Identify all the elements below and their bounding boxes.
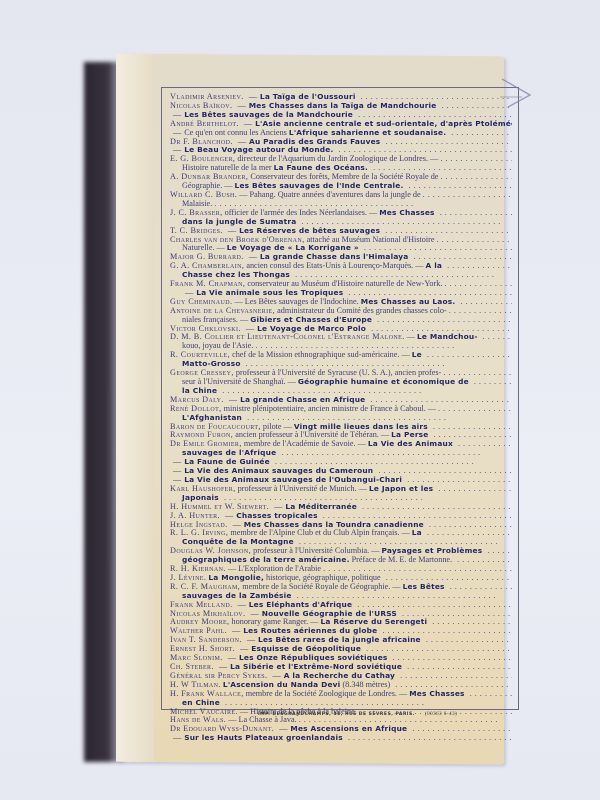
catalog-entry: Ivan T. Sanderson. —Les Bêtes rares de l… <box>170 636 512 645</box>
catalog-entry: R. H. Kiernan. — L'Exploration de l'Arab… <box>170 565 512 574</box>
entry-title: La Réserve du Serengeti <box>320 618 427 626</box>
dash: — <box>238 601 246 609</box>
entry-author: Général sir Percy Sykes. <box>170 672 267 680</box>
entry-author: Antoine de la Chevasnerie, <box>170 307 275 315</box>
leader-dots: ........................................ <box>449 307 512 315</box>
entry-title: L'Ascension du Nanda Devi <box>223 681 341 689</box>
catalog-entry: Dr F. Blanchod. —Au Paradis des Grands F… <box>170 138 512 147</box>
catalog-entry: seur à l'Université de Shanghaï. — Géogr… <box>170 378 512 387</box>
catalog-entry: H. W Tilman. L'Ascension du Nanda Devi (… <box>170 681 512 690</box>
entry-author: Karl Haushofer, <box>170 485 236 493</box>
leader-dots: ........................................ <box>423 191 512 199</box>
entry-author: H. Frank Wallace, <box>170 690 244 698</box>
leader-dots: ........................................ <box>404 182 513 190</box>
leader-dots: ........................................ <box>445 583 512 591</box>
entry-title: Mes Chasses <box>379 209 434 217</box>
entry-title: La Vie des Animaux <box>368 440 453 448</box>
entry-title: Sur les Hauts Plateaux groenlandais <box>184 734 343 742</box>
entry-author: Raymond Furon, <box>170 431 233 439</box>
leader-dots: ........................................ <box>353 111 512 119</box>
catalog-entry: Matto-Grosso ...........................… <box>170 360 512 369</box>
leader-dots: ........................................ <box>455 298 512 306</box>
catalog-entry: Walther Pahl. —Les Routes aériennes du g… <box>170 627 512 636</box>
entry-author: E. G. Boulenger, <box>170 155 235 163</box>
entry-title: Le Voyage de Marco Polo <box>257 325 366 333</box>
catalog-entry: dans la jungle de Sumatra ..............… <box>170 218 512 227</box>
catalog-entry: Dr Edouard Wyss-Dunant. —Mes Ascensions … <box>170 725 512 734</box>
catalog-entry: kouo, joyau de l'Asie. .................… <box>170 342 512 351</box>
leader-dots: ........................................ <box>388 654 512 662</box>
catalog-entry: Géographie. — Les Bêtes sauvages de l'In… <box>170 182 512 191</box>
leader-dots: ........................................ <box>478 333 512 341</box>
entry-title: La Vie des Animaux sauvages de l'Oubangu… <box>184 476 402 484</box>
leader-dots: ........................................ <box>219 494 426 502</box>
entry-note: (8.348 mètres) <box>342 681 390 689</box>
entry-note: Conservateur des forêts, Membre de la So… <box>250 173 438 181</box>
catalog-entry: —Les Bêtes sauvages de la Mandchourie ..… <box>170 111 512 120</box>
entry-title: A la Recherche du Cathay <box>284 672 395 680</box>
entry-author: Charles van den Broek d'Obrenan, <box>170 236 305 244</box>
entry-note: professeur à l'Université Columbia. — <box>253 547 379 555</box>
leader-dots: ........................................ <box>366 325 512 333</box>
catalog-entry: D. M. B. Collier et Lieutenant-Colonel l… <box>170 333 512 342</box>
entry-note: Géographie. — <box>182 182 232 190</box>
entry-title: Le Japon et les <box>369 485 433 493</box>
catalog-entry: —Le Beau Voyage autour du Monde. .......… <box>170 146 512 155</box>
entry-title: A la <box>426 262 443 270</box>
catalog-entry: Major G. Burrard. —La grande Chasse dans… <box>170 253 512 262</box>
dash: — <box>233 521 241 529</box>
catalog-entry: J. C. Brasser, officier de l'armée des I… <box>170 209 512 218</box>
entry-author: Hans de Wals. <box>170 716 226 724</box>
leader-dots: ........................................ <box>395 672 512 680</box>
entry-note: Histoire naturelle de la mer <box>182 164 272 172</box>
catalog-entry: —La Faune de Guinée ....................… <box>170 458 512 467</box>
entry-title: Mes Chasses dans la Toundra canadienne <box>244 521 424 529</box>
leader-dots: ........................................ <box>422 529 512 537</box>
entry-title: Le <box>412 351 422 359</box>
catalog-entry: Japonais ...............................… <box>170 494 512 503</box>
dash: — <box>251 610 259 618</box>
catalog-entry: R. L. G. Irving, membre de l'Alpine Club… <box>170 529 512 538</box>
entry-author: Ivan T. Sanderson. <box>170 636 242 644</box>
entry-note: administrateur du Comité des grandes cha… <box>277 307 447 315</box>
entry-author: H. W Tilman. <box>170 681 221 689</box>
dash: — <box>229 396 237 404</box>
entry-author: André Berthelot. <box>170 120 239 128</box>
catalog-entry: —La Vie des Animaux sauvages du Cameroun… <box>170 467 512 476</box>
catalog-entry: E. G. Boulenger, directeur de l'Aquarium… <box>170 155 512 164</box>
catalog-entry: Marc Slonim. —Les Onze Républiques sovié… <box>170 654 512 663</box>
catalog-entry: Malaisie. ..............................… <box>170 200 512 209</box>
entry-note: membre de la Société Royale de Géographi… <box>242 583 400 591</box>
entry-note: honorary game Ranger. — <box>232 618 319 626</box>
entry-title: géographiques de la terre américaine. <box>182 556 350 564</box>
entry-title: sauvages de l'Afrique <box>182 449 276 457</box>
leader-dots: ........................................ <box>242 414 449 422</box>
entry-title: Les Éléphants d'Afrique <box>249 601 352 609</box>
entry-author: R. C. F. Maugham, <box>170 583 240 591</box>
entry-title: La Perse <box>391 431 428 439</box>
entry-author: J. Lévine. <box>170 574 206 582</box>
entry-title: Japonais <box>182 494 219 502</box>
catalog-entry: R. C. F. Maugham, membre de la Société R… <box>170 583 512 592</box>
catalog-entry: R. Courteville, chef de la Mission ethno… <box>170 351 512 360</box>
entry-author: A. Dunbar Brander, <box>170 173 248 181</box>
dash: — <box>228 654 236 662</box>
leader-dots: ........................................ <box>359 244 512 252</box>
entry-title: Matto-Grosso <box>182 360 241 368</box>
entry-author: Michel Vaucaire. <box>170 708 238 716</box>
leader-dots: ........................................ <box>214 200 416 208</box>
entry-note: attaché au Muséum National d'Histoire <box>307 236 435 244</box>
catalog-entry: —Ce qu'en ont connu les Anciens L'Afriqu… <box>170 129 512 138</box>
leader-dots: ........................................ <box>446 129 512 137</box>
entry-author: Vladimir Arseniev. <box>170 93 244 101</box>
catalog-entry: Ch. Steber. —La Sibérie et l'Extrême-Nor… <box>170 663 512 672</box>
catalog-entry: Guy Cheminaud. — Les Bêtes sauvages de l… <box>170 298 512 307</box>
leader-dots: ........................................ <box>343 289 512 297</box>
catalog-entry: Général sir Percy Sykes. —A la Recherche… <box>170 672 512 681</box>
leader-dots: ........................................ <box>440 155 512 163</box>
entry-note: professeur à l'Université de Syracuse (U… <box>236 369 441 377</box>
dash: — <box>225 512 233 520</box>
dash: — <box>219 663 227 671</box>
entry-author: R. L. G. Irving, <box>170 529 228 537</box>
entry-note: kouo, joyau de l'Asie. <box>182 342 253 350</box>
leader-dots: ........................................ <box>402 476 512 484</box>
entry-author: Dr Emile Gromier, <box>170 440 242 448</box>
catalog-entry: Ernest H. Short. —Esquisse de Géopolitiq… <box>170 645 512 654</box>
entry-author: Dr Edouard Wyss-Dunant. <box>170 725 274 733</box>
entry-title: La <box>412 529 422 537</box>
leader-dots: ........................................ <box>465 690 512 698</box>
entry-author: Walther Pahl. <box>170 627 227 635</box>
printer-imprint: IMP. DESGRANDCHAMPS, 11, RUE DE SÈVRES, … <box>258 712 478 717</box>
entry-note: seur à l'Université de Shanghaï. — <box>182 378 296 386</box>
entry-note: — La Chasse à Java. <box>228 716 296 724</box>
catalog-entry: Dr Emile Gromier, membre de l'Académie d… <box>170 440 512 449</box>
catalog-entry: Victor Chklovski. —Le Voyage de Marco Po… <box>170 325 512 334</box>
leader-dots: ........................................ <box>299 716 501 724</box>
entry-title: L'Afghanistan <box>182 414 242 422</box>
dash: — <box>246 325 254 333</box>
leader-dots: ........................................ <box>397 610 512 618</box>
catalog-entry: niales françaises. — Gibiers et Chasses … <box>170 316 512 325</box>
catalog-entry: —La Vie animale sous les Tropiques .....… <box>170 289 512 298</box>
catalog-entry: René Dollot, ministre plénipotentiaire, … <box>170 405 512 414</box>
leader-dots: ........................................ <box>433 485 512 493</box>
entry-author: D. M. B. Collier et Lieutenant-Colonel l… <box>170 333 405 341</box>
dash: — <box>173 476 181 484</box>
leader-dots: ........................................ <box>437 236 512 244</box>
leader-dots: ........................................ <box>290 271 497 279</box>
entry-title: en Chine <box>182 699 220 707</box>
leader-dots: ........................................ <box>427 618 512 626</box>
printer-name: IMP. DESGRANDCHAMPS, 11, RUE DE SÈVRES, … <box>258 712 415 717</box>
catalog-entry: H. Hummel et W. Siewert. —La Méditerrané… <box>170 503 512 512</box>
entry-author: Willard C. Bush. <box>170 191 237 199</box>
entry-title: Les Réserves de bêtes sauvages <box>239 227 380 235</box>
entry-title: Mes Chasses <box>409 690 464 698</box>
entry-title: la Chine <box>182 387 217 395</box>
entry-title: La Faune des Océans. <box>274 164 368 172</box>
entry-note: membre de l'Académie de Savoie. — <box>244 440 366 448</box>
leader-dots: ........................................ <box>292 592 499 600</box>
entry-title: Gibiers et Chasses d'Europe <box>250 316 372 324</box>
entry-title: Mes Chasses dans la Taïga de Mandchourie <box>249 102 437 110</box>
leader-dots: ........................................ <box>435 209 512 217</box>
leader-dots: ........................................ <box>452 556 512 564</box>
entry-title: Esquisse de Géopolitique <box>251 645 361 653</box>
entry-note: — Pahang. Quatre années d'aventures dans… <box>239 191 420 199</box>
leader-dots: ........................................ <box>443 369 512 377</box>
catalog-entry: Naturelle. — Le Voyage de « La Korrigane… <box>170 244 512 253</box>
dash: — <box>249 253 257 261</box>
entry-note: Préface de M. E. de Martonne. <box>352 556 453 564</box>
leader-dots: ........................................ <box>270 458 477 466</box>
leader-dots: ........................................ <box>323 565 512 573</box>
catalog-entry: Histoire naturelle de la mer La Faune de… <box>170 164 512 173</box>
leader-dots: ........................................ <box>482 547 512 555</box>
dash: — <box>273 672 281 680</box>
entry-author: Baron de Foucaucourt, <box>170 423 261 431</box>
entry-note: ancien professeur à l'Université de Téhé… <box>235 431 389 439</box>
entry-title: dans la jungle de Sumatra <box>182 218 296 226</box>
entry-title: Mes Ascensions en Afrique <box>290 725 407 733</box>
catalog-entry: L'Afghanistan ..........................… <box>170 414 512 423</box>
dash: — <box>232 627 240 635</box>
entry-author: Nicolas Baïkov. <box>170 102 232 110</box>
catalog-entry: Willard C. Bush. — Pahang. Quatre années… <box>170 191 512 200</box>
leader-dots: ........................................ <box>356 93 512 101</box>
entry-title: Conquête de la Montagne <box>182 538 294 546</box>
entry-title: Les Bêtes sauvages de la Mandchourie <box>184 111 353 119</box>
catalog-entry: —Sur les Hauts Plateaux groenlandais ...… <box>170 734 512 743</box>
dash: — <box>173 111 181 119</box>
leader-dots: ........................................ <box>365 396 512 404</box>
entry-note: ministre plénipotentiaire, ancien minist… <box>224 405 436 413</box>
entry-note: ancien consul des États-Unis à Lourenço-… <box>246 262 423 270</box>
entry-author: Frank Melland. <box>170 601 233 609</box>
dash: — <box>173 467 181 475</box>
leader-dots: ........................................ <box>276 449 483 457</box>
leader-dots: ........................................ <box>428 423 512 431</box>
catalog-list: Vladimir Arseniev. —La Taïga de l'Oussou… <box>170 93 512 743</box>
entry-author: René Dollot, <box>170 405 222 413</box>
entry-title: L'Afrique saharienne et soudanaise. <box>289 129 446 137</box>
entry-note: Naturelle. — <box>182 244 225 252</box>
print-code: (00363 6-43) <box>425 712 457 717</box>
dash: — <box>244 120 252 128</box>
entry-note: membre de l'Alpine Club et du Club Alpin… <box>230 529 409 537</box>
catalog-entry: G. A. Chamberlain, ancien consul des Éta… <box>170 262 512 271</box>
entry-author: Marcus Daly. <box>170 396 224 404</box>
catalog-entry: Antoine de la Chevasnerie, administrateu… <box>170 307 512 316</box>
leader-dots: ........................................ <box>255 342 457 350</box>
catalog-entry: Marcus Daly. —La grande Chasse en Afriqu… <box>170 396 512 405</box>
catalog-entry: en Chine ...............................… <box>170 699 512 708</box>
entry-note: niales françaises. — <box>182 316 248 324</box>
entry-author: Helge Ingstad. <box>170 521 228 529</box>
entry-author: J. C. Brasser, <box>170 209 223 217</box>
entry-note: — <box>407 333 415 341</box>
catalog-entry: sauvages de la Zambésie ................… <box>170 592 512 601</box>
leader-dots: ........................................ <box>368 164 512 172</box>
catalog-entry: Baron de Foucaucourt, pilote — Vingt mil… <box>170 423 512 432</box>
entry-note: — Les Bêtes sauvages de l'Indochine. <box>234 298 358 306</box>
entry-title: La Taïga de l'Oussouri <box>260 93 356 101</box>
entry-author: Major G. Burrard. <box>170 253 244 261</box>
dash: — <box>185 289 193 297</box>
catalog-entry: George Cressey, professeur à l'Universit… <box>170 369 512 378</box>
entry-title: Les Bêtes <box>403 583 445 591</box>
entry-note: chef de la Mission ethnographique sud-am… <box>232 351 410 359</box>
entry-title: La Sibérie et l'Extrême-Nord soviétique <box>230 663 402 671</box>
catalog-entry: Charles van den Broek d'Obrenan, attaché… <box>170 236 512 245</box>
entry-title: sauvages de la Zambésie <box>182 592 292 600</box>
catalog-entry: J. A. Hunter. —Chasses tropicales ......… <box>170 512 512 521</box>
leader-dots: ........................................ <box>429 431 513 439</box>
leader-dots: ........................................ <box>409 253 513 261</box>
catalog-entry: Raymond Furon, ancien professeur à l'Uni… <box>170 431 512 440</box>
entry-note: directeur de l'Aquarium du Jardin Zoolog… <box>237 155 438 163</box>
entry-author: Dr F. Blanchod. <box>170 138 233 146</box>
entry-title: Les Bêtes rares de la jungle africaine <box>258 636 421 644</box>
entry-title: Les Routes aériennes du globe <box>243 627 377 635</box>
leader-dots: ........................................ <box>220 699 427 707</box>
leader-dots: ........................................ <box>422 351 512 359</box>
leader-dots: ........................................ <box>294 538 501 546</box>
leader-dots: ........................................ <box>241 360 448 368</box>
catalog-entry: A. Dunbar Brander, Conservateur des forê… <box>170 173 512 182</box>
catalog-entry: H. Frank Wallace, membre de la Société Z… <box>170 690 512 699</box>
entry-title: Mes Chasses au Laos. <box>361 298 456 306</box>
entry-title: Le Beau Voyage autour du Monde. <box>184 146 333 154</box>
dash: — <box>173 734 181 742</box>
leader-dots: ........................................ <box>440 173 512 181</box>
dash: — <box>240 645 248 653</box>
catalog-entry: Douglas W. Johnson, professeur à l'Unive… <box>170 547 512 556</box>
entry-title: Géographie humaine et économique de <box>298 378 469 386</box>
entry-title: La Méditerranée <box>285 503 357 511</box>
entry-title: Chasse chez les Thongas <box>182 271 290 279</box>
entry-title: Au Paradis des Grands Fauves <box>249 138 380 146</box>
leader-dots: ........................................ <box>372 316 512 324</box>
entry-author: Guy Cheminaud. <box>170 298 232 306</box>
entry-title: La Faune de Guinée <box>184 458 270 466</box>
leader-dots: ........................................ <box>437 102 512 110</box>
leader-dots: ........................................ <box>424 521 512 529</box>
entry-author: T. C. Bridges. <box>170 227 223 235</box>
leader-dots: ........................................ <box>421 636 512 644</box>
entry-author: Frank M. Chapman, <box>170 280 245 288</box>
entry-author: Ernest H. Short. <box>170 645 235 653</box>
leader-dots: ........................................ <box>343 734 512 742</box>
dash: — <box>173 146 181 154</box>
entry-note: pilote — <box>263 423 292 431</box>
leader-dots: ........................................ <box>407 725 512 733</box>
leader-dots: ........................................ <box>453 440 512 448</box>
dash: — <box>249 93 257 101</box>
catalog-entry: Nicolas Baïkov. —Mes Chasses dans la Taï… <box>170 102 512 111</box>
entry-title: La Vie animale sous les Tropiques <box>196 289 343 297</box>
catalog-entry: T. C. Bridges. —Les Réserves de bêtes sa… <box>170 227 512 236</box>
leader-dots: ........................................ <box>438 405 512 413</box>
entry-author: Marc Slonim. <box>170 654 223 662</box>
entry-note: Malaisie. <box>182 200 212 208</box>
catalog-entry: —La Vie des Animaux sauvages de l'Oubang… <box>170 476 512 485</box>
catalog-entry: Hans de Wals. — La Chasse à Java. ......… <box>170 716 512 725</box>
dash: — <box>173 458 181 466</box>
catalog-entry: André Berthelot. —L'Asie ancienne centra… <box>170 120 512 129</box>
leader-dots: ........................................ <box>361 645 512 653</box>
entry-title: Paysages et Problèmes <box>381 547 482 555</box>
leader-dots: ........................................ <box>469 378 512 386</box>
entry-note: officier de l'armée des Indes Néerlandai… <box>225 209 378 217</box>
entry-author: J. A. Hunter. <box>170 512 220 520</box>
entry-author: R. H. Kiernan. <box>170 565 226 573</box>
leader-dots: ........................................ <box>334 146 513 154</box>
entry-author: R. Courteville, <box>170 351 230 359</box>
entry-title: La grande Chasse dans l'Himalaya <box>260 253 409 261</box>
catalog-entry: Frank M. Chapman, conservateur au Muséum… <box>170 280 512 289</box>
entry-author: Douglas W. Johnson, <box>170 547 251 555</box>
catalog-entry: la Chine ...............................… <box>170 387 512 396</box>
entry-note: membre de la Société Zoologique de Londr… <box>246 690 407 698</box>
catalog-entry: Nicolas Mikhaïlov. —Nouvelle Géographie … <box>170 610 512 619</box>
leader-dots: ........................................ <box>352 601 512 609</box>
entry-note: professeur à l'Université de Munich. — <box>238 485 367 493</box>
entry-note: — L'Exploration de l'Arabie <box>228 565 321 573</box>
leader-dots: ........................................ <box>373 467 512 475</box>
entry-author: Victor Chklovski. <box>170 325 241 333</box>
entry-title: Vingt mille lieues dans les airs <box>294 423 428 431</box>
catalog-entry: Conquête de la Montagne ................… <box>170 538 512 547</box>
entry-title: Les Bêtes sauvages de l'Inde Centrale. <box>235 182 404 190</box>
leader-dots: ........................................ <box>390 681 512 689</box>
dash: — <box>274 503 282 511</box>
leader-dots: ........................................ <box>402 663 512 671</box>
entry-author: George Cressey, <box>170 369 234 377</box>
leader-dots: ........................................ <box>380 227 512 235</box>
catalog-entry: Vladimir Arseniev. —La Taïga de l'Oussou… <box>170 93 512 102</box>
entry-author: G. A. Chamberlain, <box>170 262 244 270</box>
entry-author: Audrey Moore, <box>170 618 230 626</box>
entry-title: Chasses tropicales <box>236 512 317 520</box>
dash: — <box>238 138 246 146</box>
leader-dots: ........................................ <box>377 627 512 635</box>
entry-note: conservateur au Muséum d'Histoire nature… <box>247 280 442 288</box>
dash: — <box>173 129 181 137</box>
entry-author: H. Hummel et W. Siewert. <box>170 503 269 511</box>
leader-dots: ........................................ <box>381 574 512 582</box>
entry-author: Nicolas Mikhaïlov. <box>170 610 245 618</box>
catalog-entry: J. Lévine. La Mongolie, historique, géog… <box>170 574 512 583</box>
catalog-entry: sauvages de l'Afrique ..................… <box>170 449 512 458</box>
catalog-entry: Audrey Moore, honorary game Ranger. — La… <box>170 618 512 627</box>
leader-dots: ........................................ <box>380 138 512 146</box>
entry-title: Le Voyage de « La Korrigane » <box>227 244 359 252</box>
entry-title: Le Mandchou- <box>417 333 478 341</box>
leader-dots: ........................................ <box>318 512 512 520</box>
catalog-entry: Chasse chez les Thongas ................… <box>170 271 512 280</box>
entry-title: La Vie des Animaux sauvages du Cameroun <box>184 467 373 475</box>
catalog-entry: Karl Haushofer, professeur à l'Universit… <box>170 485 512 494</box>
dash: — <box>238 102 246 110</box>
leader-dots: ........................................ <box>442 262 512 270</box>
catalog-entry: Frank Melland. —Les Éléphants d'Afrique … <box>170 601 512 610</box>
